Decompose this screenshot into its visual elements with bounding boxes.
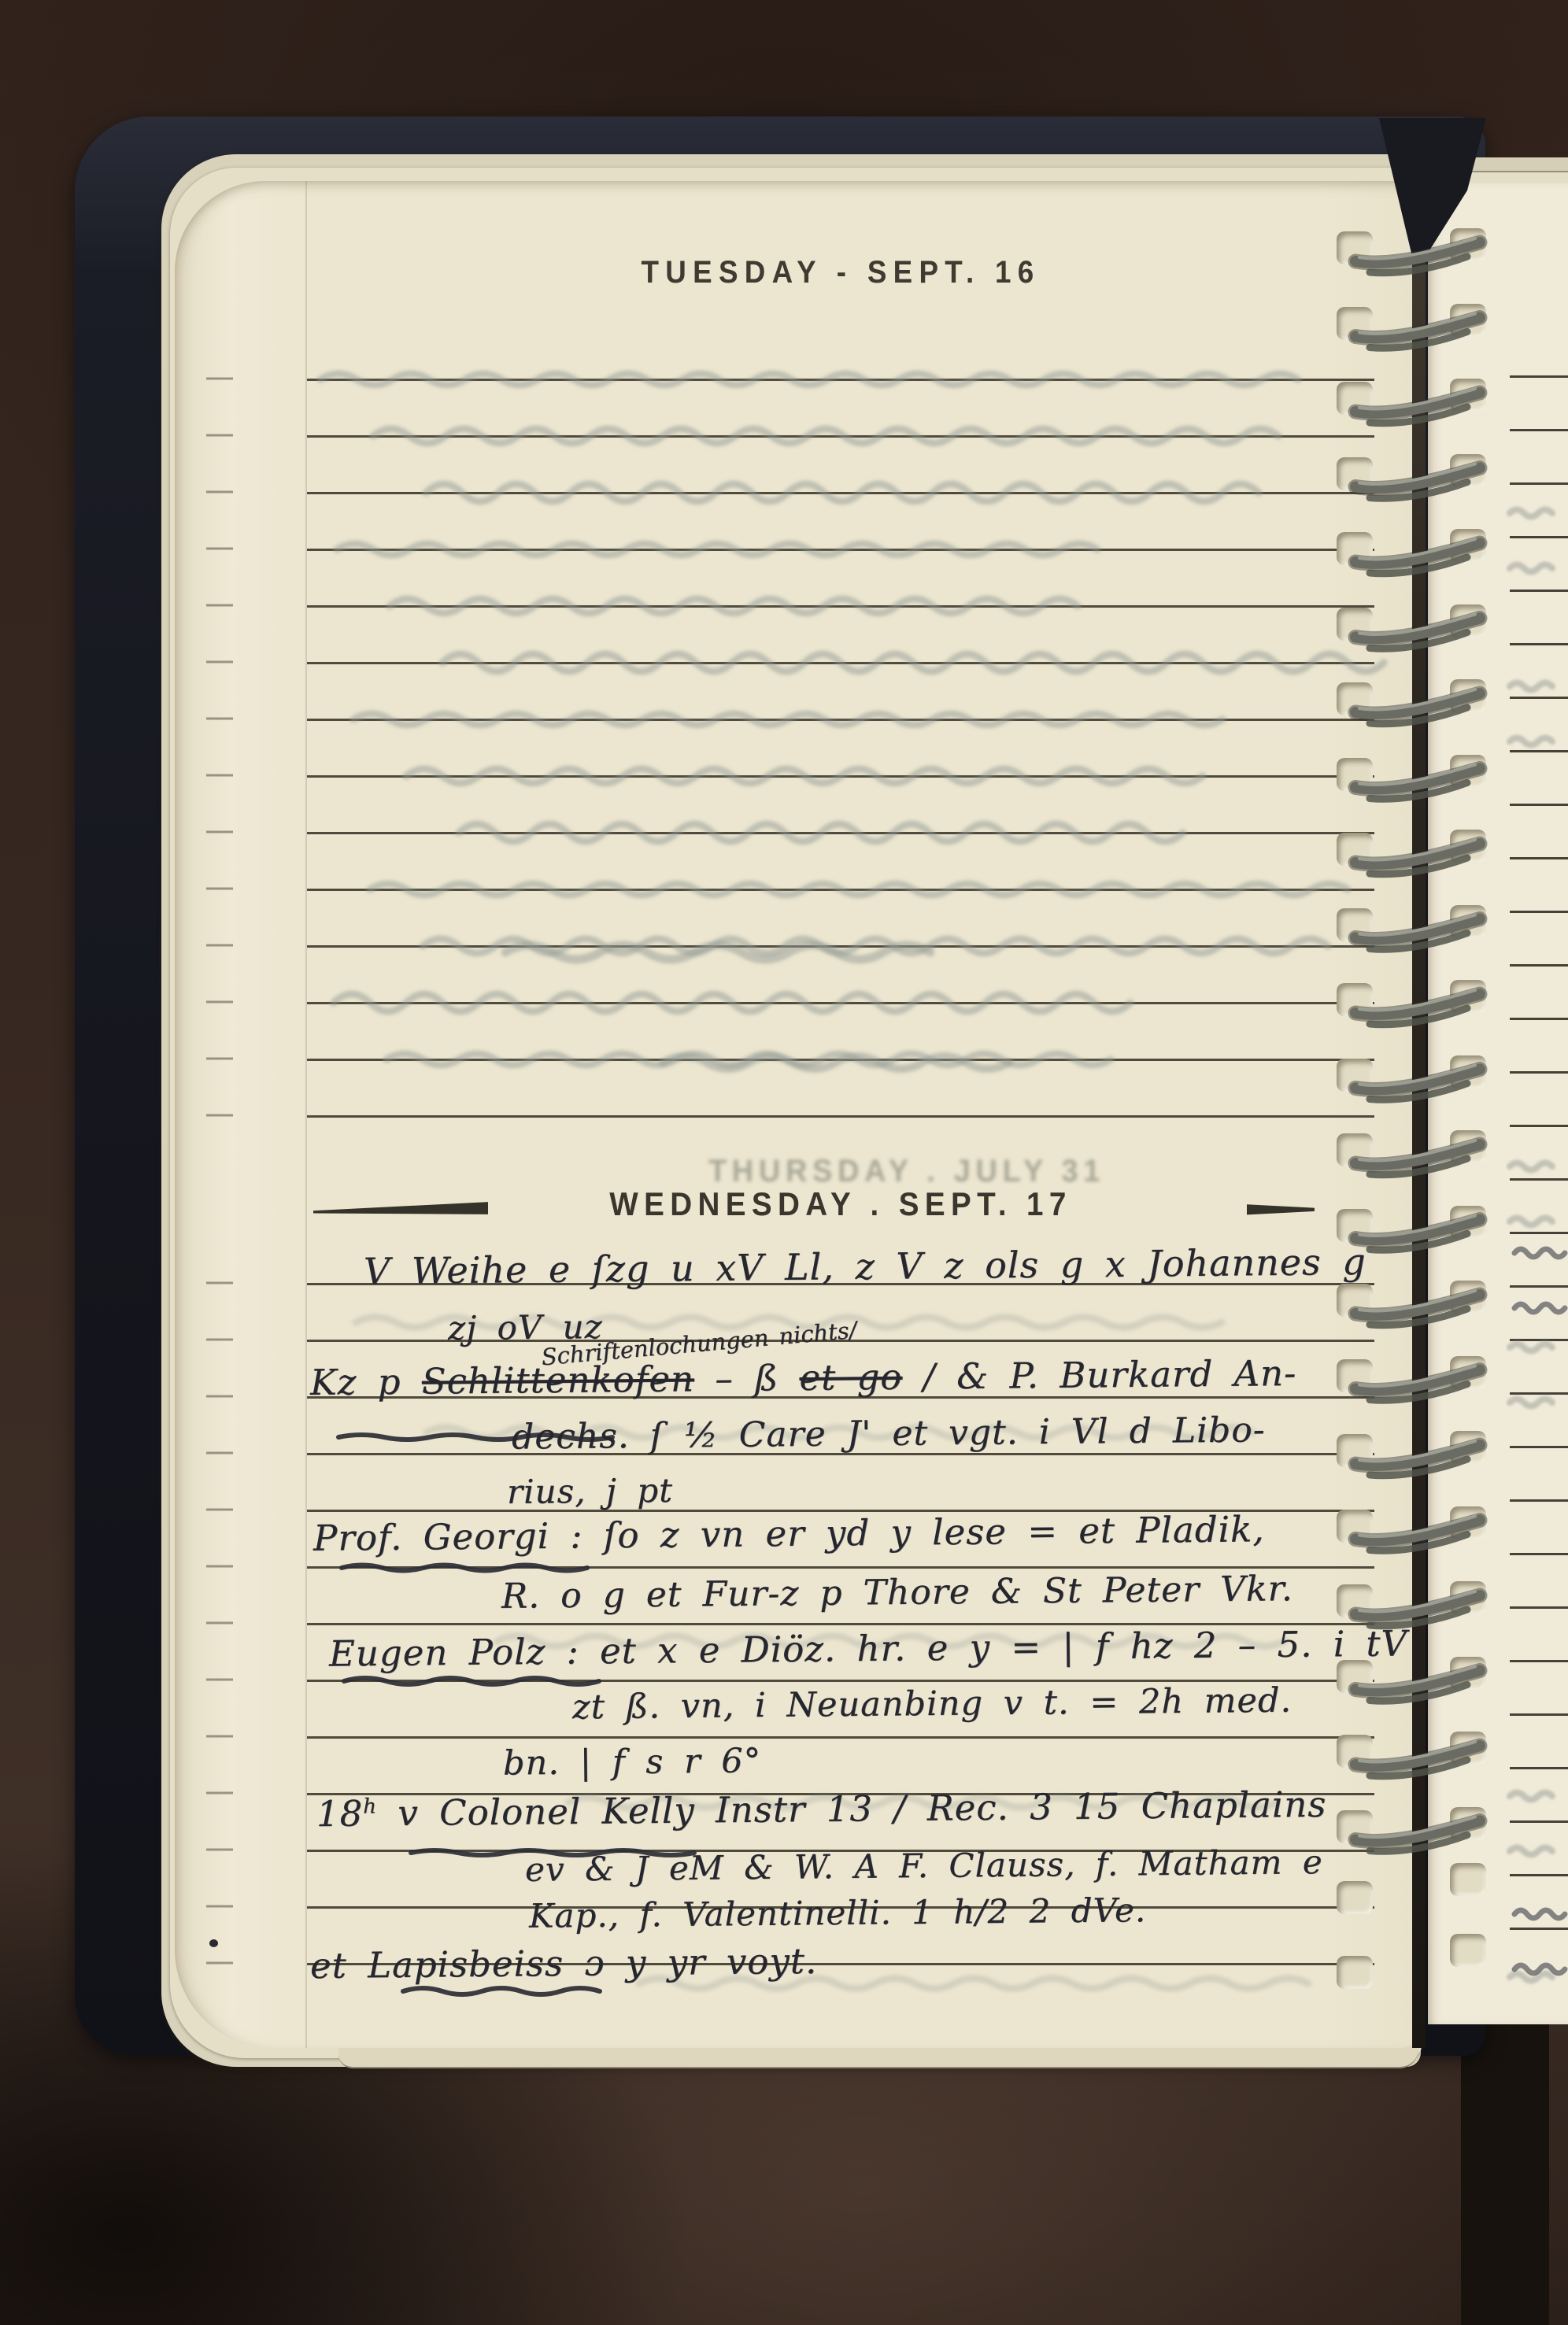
entry-text: : ſo z vn er yd y lese = et Pladik, xyxy=(549,1508,1265,1557)
punch-hole xyxy=(1450,1055,1486,1089)
entry-text: : et x e Diöz. hr. e y = | f hz 2 – 5. i… xyxy=(545,1622,1407,1673)
punch-hole xyxy=(1450,304,1486,337)
underline-lapisbeiss xyxy=(403,1988,600,1994)
punch-hole xyxy=(1337,1735,1373,1768)
punch-hole xyxy=(1337,682,1373,715)
punch-hole xyxy=(1450,454,1486,487)
ghost-stroke xyxy=(1510,1974,1552,1981)
spine-shadow-band xyxy=(1461,2015,1549,2325)
punch-hole xyxy=(1450,679,1486,712)
punch-hole xyxy=(1337,1133,1373,1166)
facing-page-stack-edge xyxy=(1426,157,1568,172)
punch-hole xyxy=(1450,830,1486,863)
punch-hole xyxy=(1337,1510,1373,1543)
punch-hole xyxy=(1337,382,1373,415)
diary-entry-line: et Lapisbeiss ɔ y yr voyt. xyxy=(310,1940,818,1987)
punch-hole xyxy=(1337,1956,1373,1989)
punch-hole xyxy=(1450,1206,1486,1239)
punch-hole xyxy=(1450,1356,1486,1389)
time-note: 18 xyxy=(316,1793,364,1835)
person-name: Lapisbeiss xyxy=(368,1942,564,1986)
entry-text: / & P. Burkard An- xyxy=(902,1352,1296,1398)
punch-hole xyxy=(1337,231,1373,264)
diary-entry-line: dechs. ſ ½ Care J' et vgt. i Vl d Libo- xyxy=(512,1410,1266,1457)
entry-text: et xyxy=(310,1944,368,1987)
punch-hole xyxy=(1450,1130,1486,1163)
page-stack-bottom-edge xyxy=(338,2045,1418,2068)
punch-hole xyxy=(1337,1810,1373,1843)
ink-dot xyxy=(209,1939,218,1947)
punch-hole xyxy=(1337,1359,1373,1392)
punch-hole xyxy=(1450,1581,1486,1614)
diary-entry-line: zt ß. vn, i Neuanbing v t. = 2h med. xyxy=(572,1681,1292,1728)
punch-hole xyxy=(1337,983,1373,1016)
tuesday-page-header: TUESDAY - SEPT. 16 xyxy=(349,255,1332,290)
diary-page-left: TUESDAY - SEPT. 16 THURSDAY . JULY 31 WE… xyxy=(175,181,1418,2048)
struck-word: et go xyxy=(799,1356,902,1399)
punch-hole xyxy=(1337,758,1373,791)
punch-hole xyxy=(1337,1434,1373,1467)
ruled-lines-facing-page xyxy=(1510,324,1568,1969)
diary-entry-line: bn. | f s r 6° xyxy=(503,1741,762,1783)
punch-hole xyxy=(1337,457,1373,490)
punch-hole xyxy=(1450,1431,1486,1464)
punch-hole xyxy=(1450,1934,1486,1967)
punch-hole xyxy=(1337,1284,1373,1317)
punch-hole xyxy=(1450,1732,1486,1765)
punch-hole xyxy=(1450,1807,1486,1840)
punch-hole xyxy=(1337,1584,1373,1617)
punch-hole xyxy=(1450,755,1486,788)
punch-hole xyxy=(1337,833,1373,866)
punch-hole xyxy=(1450,1863,1486,1896)
punch-hole xyxy=(1337,608,1373,641)
person-name: Eugen Polz xyxy=(329,1631,546,1675)
time-superscript: h xyxy=(363,1795,377,1818)
punch-hole xyxy=(1337,1881,1373,1914)
diary-photo-scene: TUESDAY - SEPT. 16 THURSDAY . JULY 31 WE… xyxy=(0,0,1568,2325)
punch-hole xyxy=(1450,980,1486,1013)
punch-hole xyxy=(1337,1059,1373,1092)
punch-hole xyxy=(1450,604,1486,638)
entry-text: Kz p xyxy=(310,1361,422,1403)
punch-hole xyxy=(1337,307,1373,340)
bleedthrough-thursday-header: THURSDAY . JULY 31 xyxy=(563,1154,1251,1189)
punch-hole xyxy=(1450,379,1486,412)
punch-hole xyxy=(1450,228,1486,261)
punch-hole xyxy=(1450,905,1486,938)
wednesday-page-header: WEDNESDAY . SEPT. 17 xyxy=(349,1185,1332,1223)
spine-gap xyxy=(1412,181,1426,2048)
diary-page-right-edge xyxy=(1428,183,1568,2024)
struck-word: Schlittenkofen xyxy=(422,1358,695,1402)
punch-hole xyxy=(1450,1657,1486,1690)
punch-hole xyxy=(1337,532,1373,565)
diary-entry-line: R. o g et Fur-z p Thore & St Peter Vkr. xyxy=(501,1569,1293,1617)
facing-page-stack-edge xyxy=(1426,172,1568,183)
punch-hole xyxy=(1337,1209,1373,1242)
ruled-lines-top-section xyxy=(307,324,1374,1121)
punch-hole xyxy=(1450,1281,1486,1314)
entry-text: ɔ y yr voyt. xyxy=(564,1940,818,1984)
diary-entry-line: ev & J eM & W. A F. Clauss, f. Matham e xyxy=(525,1843,1323,1889)
diary-entry-line: rius, j pt xyxy=(507,1471,673,1511)
person-name: Prof. Georgi xyxy=(313,1515,549,1559)
diary-entry-line: Kap., f. Valentinelli. 1 h/2 2 dVe. xyxy=(529,1891,1147,1935)
punch-hole xyxy=(1450,529,1486,562)
punch-hole xyxy=(1337,1660,1373,1693)
punch-hole xyxy=(1450,1506,1486,1540)
entry-text: – ß xyxy=(694,1357,800,1399)
punch-hole xyxy=(1337,908,1373,941)
